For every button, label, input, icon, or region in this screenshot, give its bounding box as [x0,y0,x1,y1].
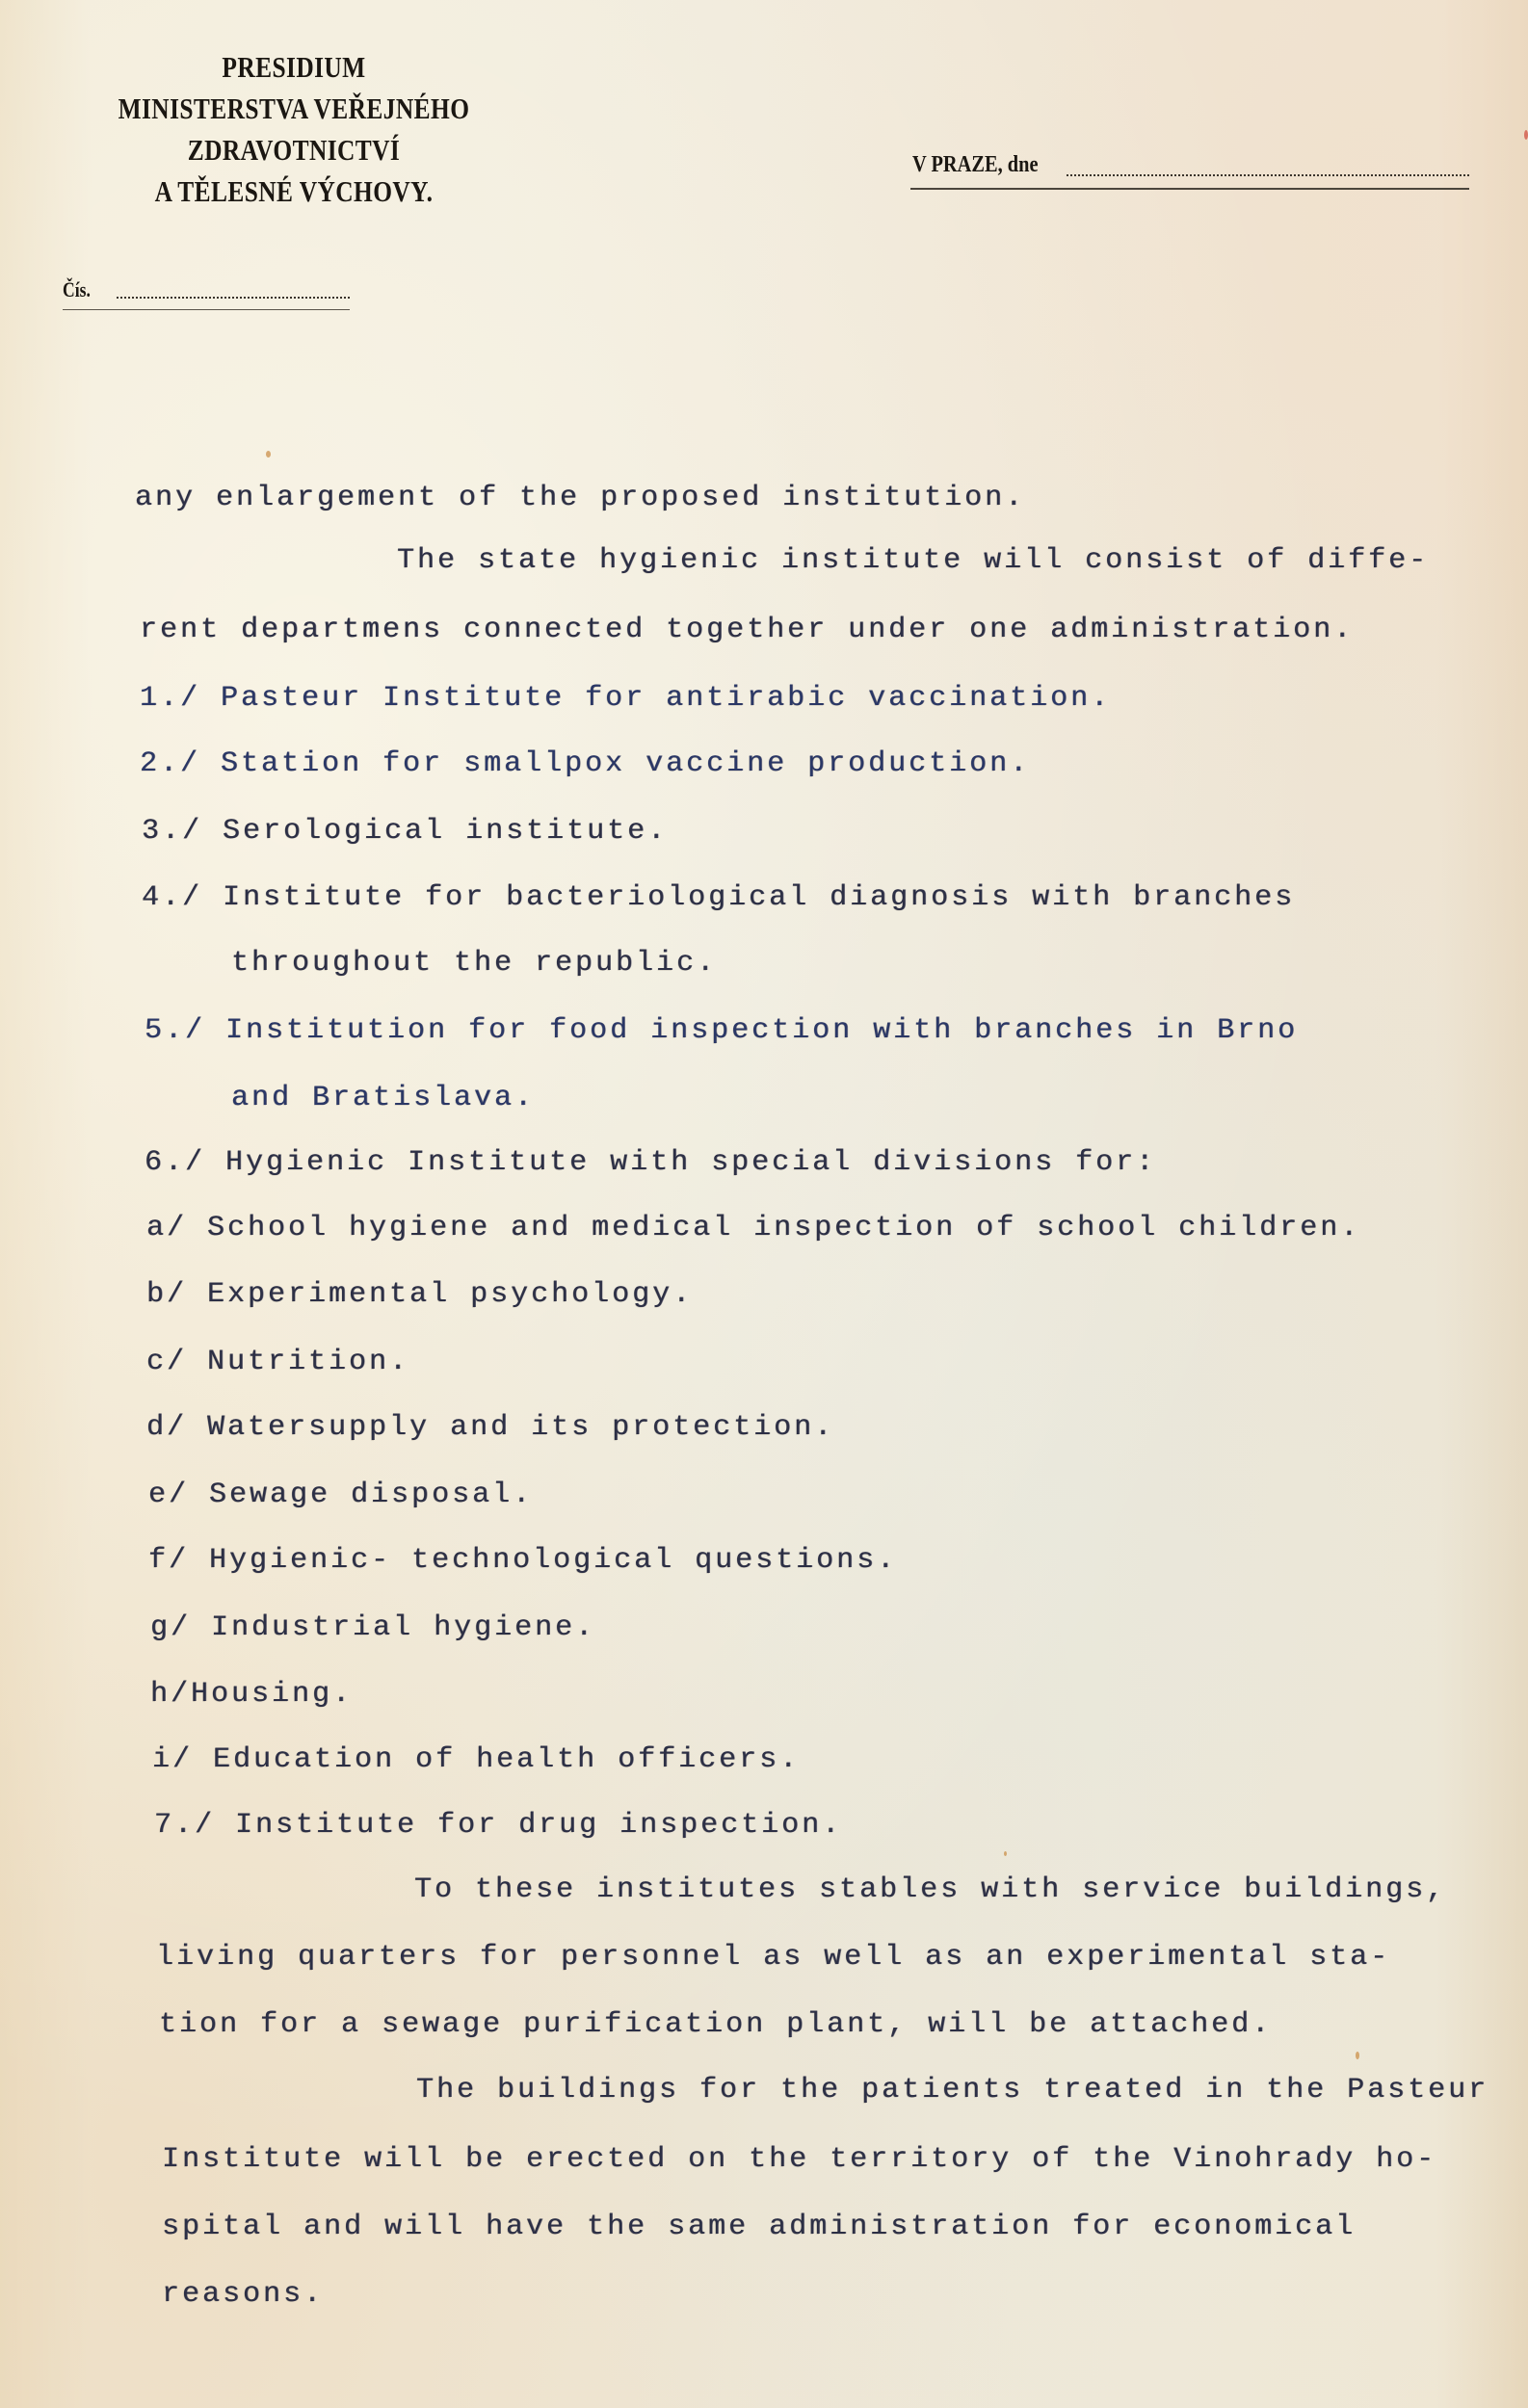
list-item-text: Pasteur Institute for antirabic vaccinat… [221,682,1111,715]
sub-item-text: Industrial hygiene. [211,1611,595,1644]
list-item-2: 2./ Station for smallpox vaccine product… [140,747,1030,780]
sub-item-d: d/ Watersupply and its protection. [146,1411,834,1444]
sub-marker: c/ [146,1346,187,1378]
sub-item-i: i/ Education of health officers. [152,1743,800,1776]
list-item-4: 4./ Institute for bacteriological diagno… [142,881,1295,914]
sub-item-text: Watersupply and its protection. [207,1411,834,1444]
list-marker: 4./ [142,881,202,914]
list-marker: 6./ [145,1146,205,1179]
paragraph1-line: The state hygienic institute will consis… [397,544,1429,577]
reference-label: Čís. [63,277,91,302]
paper-stain [1524,130,1528,140]
sub-item-c: c/ Nutrition. [146,1346,409,1378]
date-underline [910,188,1469,190]
sub-item-text: Education of health officers. [213,1743,800,1776]
sub-marker: d/ [146,1411,187,1444]
sub-marker: a/ [146,1212,187,1244]
paragraph3-line: Institute will be erected on the territo… [162,2143,1436,2176]
letterhead-line: MINISTERSTVA VEŘEJNÉHO [85,88,504,129]
paragraph2-line: living quarters for personnel as well as… [156,1941,1390,1974]
sub-item-g: g/ Industrial hygiene. [150,1611,595,1644]
paper-stain [1356,2052,1359,2059]
list-item-text: Station for smallpox vaccine production. [221,747,1030,780]
letterhead-line: A TĚLESNÉ VÝCHOVY. [85,170,504,212]
list-item-1: 1./ Pasteur Institute for antirabic vacc… [140,682,1111,715]
sub-item-text: School hygiene and medical inspection of… [207,1212,1360,1244]
sub-item-b: b/ Experimental psychology. [146,1278,693,1311]
list-item-text: Institute for bacteriological diagnosis … [223,881,1295,914]
sub-item-text: Sewage disposal. [209,1479,533,1511]
date-dotted-line [1067,174,1469,176]
list-item-text: Institute for drug inspection. [235,1809,842,1842]
paragraph2-line: To these institutes stables with service… [414,1873,1446,1906]
paragraph1-line: rent departmens connected together under… [140,614,1354,646]
list-item-text: Hygienic Institute with special division… [225,1146,1156,1179]
list-item-5-continuation: and Bratislava. [231,1082,535,1114]
sub-item-e: e/ Sewage disposal. [148,1479,533,1511]
sub-marker: g/ [150,1611,191,1644]
list-marker: 7./ [154,1809,215,1842]
list-marker: 2./ [140,747,200,780]
list-item-text: Serological institute. [223,815,668,848]
list-marker: 1./ [140,682,200,715]
paragraph2-line: tion for a sewage purification plant, wi… [159,2008,1272,2041]
sub-item-text: Hygienic- technological questions. [209,1544,897,1577]
letterhead: PRESIDIUM MINISTERSTVA VEŘEJNÉHO ZDRAVOT… [85,46,504,212]
sub-item-text: Nutrition. [207,1346,409,1378]
date-label: V PRAZE, dne [912,152,1039,178]
sub-marker: f/ [148,1544,189,1577]
sub-marker: b/ [146,1278,187,1311]
letterhead-line: ZDRAVOTNICTVÍ [85,129,504,170]
sub-item-text: Housing. [191,1678,353,1711]
reference-number-field: Čís. [63,275,350,316]
paper-stain [266,451,271,458]
sub-item-f: f/ Hygienic- technological questions. [148,1544,897,1577]
list-item-6: 6./ Hygienic Institute with special divi… [145,1146,1156,1179]
paper-stain [1004,1851,1007,1856]
list-item-5: 5./ Institution for food inspection with… [145,1014,1298,1047]
intro-line: any enlargement of the proposed institut… [135,482,1025,514]
paragraph3-line: reasons. [162,2278,324,2311]
date-field: V PRAZE, dne [910,149,1469,190]
reference-dotted-line [117,297,350,299]
list-item-3: 3./ Serological institute. [142,815,668,848]
paragraph3-line: The buildings for the patients treated i… [416,2074,1488,2107]
sub-item-a: a/ School hygiene and medical inspection… [146,1212,1360,1244]
list-item-4-continuation: throughout the republic. [231,947,717,980]
reference-underline [63,309,350,310]
list-marker: 3./ [142,815,202,848]
sub-item-h: h/Housing. [150,1678,353,1711]
sub-marker: h/ [150,1678,191,1711]
paragraph3-line: spital and will have the same administra… [162,2211,1356,2243]
list-item-7: 7./ Institute for drug inspection. [154,1809,842,1842]
list-marker: 5./ [145,1014,205,1047]
list-item-text: Institution for food inspection with bra… [225,1014,1298,1047]
letterhead-line: PRESIDIUM [85,46,504,88]
sub-item-text: Experimental psychology. [207,1278,693,1311]
sub-marker: e/ [148,1479,189,1511]
sub-marker: i/ [152,1743,193,1776]
